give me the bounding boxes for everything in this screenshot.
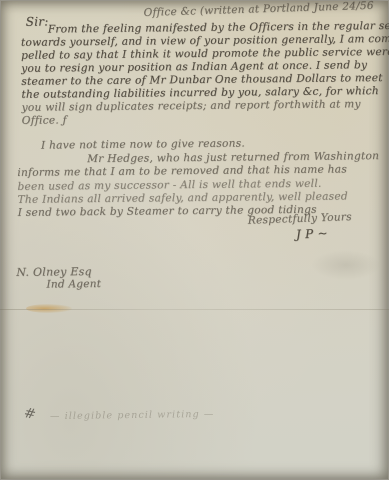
salutation: Sir: <box>26 15 49 29</box>
manuscript-line: you will sign duplicates receipts; and r… <box>22 98 361 114</box>
letter-scan: Office &c (written at Portland June 24/5… <box>0 0 389 480</box>
addressee-title: Ind Agent <box>46 278 101 291</box>
fold-crease <box>0 309 389 310</box>
signature: J P ~ <box>296 226 328 241</box>
manuscript-line: Office. ƒ <box>22 114 67 126</box>
paper-smudge <box>311 250 381 280</box>
dateline: Office &c (written at Portland June 24/5… <box>143 0 373 19</box>
manuscript-line: I have not time now to give reasons. <box>41 137 245 151</box>
manuscript-text: Office &c (written at Portland June 24/5… <box>0 0 389 480</box>
pencil-inscription: — illegible pencil writing — <box>50 409 215 422</box>
closing: Respectfully Yours <box>248 211 352 227</box>
addressee-name: N. Olney Esq <box>16 265 92 279</box>
manuscript-line: informs me that I am to be removed and t… <box>17 163 347 178</box>
